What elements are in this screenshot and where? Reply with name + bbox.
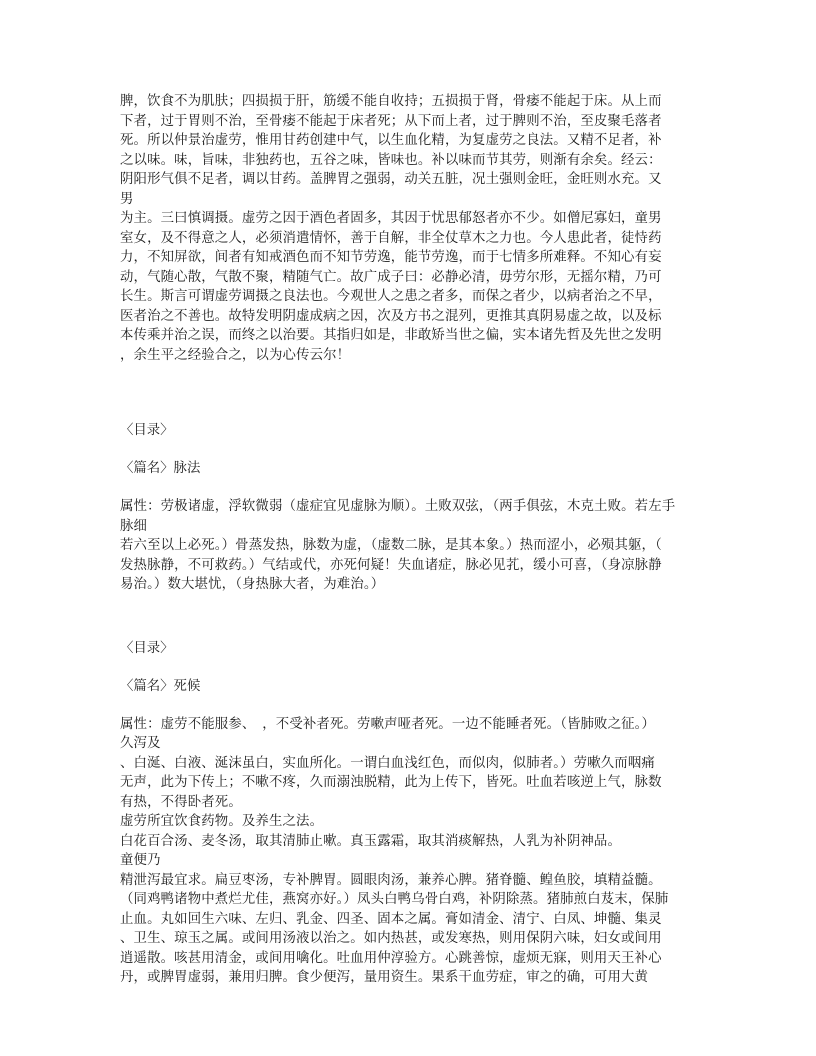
- text-line: 属性：虚劳不能服参、 ，不受补者死。劳嗽声哑者死。一边不能睡者死。（皆肺败之征。…: [120, 715, 700, 735]
- text-line: 发热脉静，不可救药。）气结或代，亦死何疑！失血诸症，脉必见芤，缓小可喜，（身凉脉…: [120, 556, 700, 576]
- text-line: 止血。丸如回生六味、左归、乳金、四圣、固本之属。膏如清金、清宁、白凤、坤髓、集灵: [120, 910, 700, 930]
- spacer: [120, 441, 700, 460]
- section-spacer: [120, 595, 700, 633]
- text-line: 脾，饮食不为肌肤；四损损于肝，筋缓不能自收持；五损损于肾，骨痿不能起于床。从上而: [120, 92, 700, 112]
- text-line: ，余生平之经验合之，以为心传云尔！: [120, 346, 700, 366]
- text-line: （同鸡鸭诸物中煮烂尤佳，燕窝亦好。）凤头白鸭乌骨白鸡，补阴除蒸。猪肺煎白芨末，保…: [120, 890, 700, 910]
- text-line: 久泻及: [120, 734, 700, 754]
- text-line: 室女，及不得意之人，必须消遣情怀，善于自解，非全仗草木之力也。今人患此者，徒恃药: [120, 229, 700, 249]
- text-line: 长生。斯言可谓虚劳调摄之良法也。今观世人之患之者多，而保之者少，以病者治之不早，: [120, 287, 700, 307]
- text-line: 精泄泻最宜求。扁豆枣汤，专补脾胃。圆眼肉汤，兼养心脾。猪脊髓、鳇鱼胶，填精益髓。: [120, 871, 700, 891]
- intro-paragraph: 脾，饮食不为肌肤；四损损于肝，筋缓不能自收持；五损损于肾，骨痿不能起于床。从上而…: [120, 92, 700, 365]
- spacer: [120, 479, 700, 498]
- section-title: 〈篇名〉死候: [120, 677, 700, 697]
- text-line: 本传乘并治之误，而终之以治要。其指归如是，非敢矫当世之偏，实本诸先哲及先世之发明: [120, 326, 700, 346]
- spacer: [120, 696, 700, 715]
- text-line: 为主。三曰慎调摄。虚劳之因于酒色者固多，其因于忧思郁怒者亦不少。如僧尼寡妇，童男: [120, 209, 700, 229]
- toc-label: 〈目录〉: [120, 421, 700, 441]
- section-death-signs: 〈目录〉 〈篇名〉死候 属性：虚劳不能服参、 ，不受补者死。劳嗽声哑者死。一边不…: [120, 639, 700, 988]
- section-pulse-method: 〈目录〉 〈篇名〉脉法 属性：劳极诸虚，浮软微弱（虚症宜见虚脉为顺）。土败双弦，…: [120, 421, 700, 595]
- text-line: 属性：劳极诸虚，浮软微弱（虚症宜见虚脉为顺）。土败双弦，（两手俱弦，木克土败。若…: [120, 497, 700, 517]
- text-line: 、白涎、白液、涎沫虽白，实血所化。一谓白血浅红色，而似肉，似肺者。）劳嗽久而咽痛: [120, 754, 700, 774]
- section-spacer: [120, 365, 700, 403]
- text-line: 若六至以上必死。）骨蒸发热，脉数为虚，（虚数二脉，是其本象。）热而涩小，必殒其躯…: [120, 536, 700, 556]
- text-line: 逍遥散。咳甚用清金，或间用噙化。吐血用仲淳验方。心跳善惊，虚烦无寐，则用天王补心: [120, 949, 700, 969]
- text-line: 医者治之不善也。故特发明阴虚成病之因，次及方书之混列，更推其真阴易虚之故，以及标: [120, 307, 700, 327]
- text-line: 易治。）数大堪忧，（身热脉大者，为难治。）: [120, 575, 700, 595]
- text-line: 脉细: [120, 517, 700, 537]
- text-line: 动，气随心散，气散不聚，精随气亡。故广成子曰：必静必清，毋劳尔形，无摇尔精，乃可: [120, 268, 700, 288]
- text-line: 虚劳所宜饮食药物。及养生之法。: [120, 812, 700, 832]
- text-line: 阴阳形气俱不足者，调以甘药。盖脾胃之强弱，动关五脏，况土强则金旺，金旺则水充。又: [120, 170, 700, 190]
- text-line: 、卫生、琼玉之属。或间用汤液以治之。如内热甚，或发寒热，则用保阴六味，妇女或间用: [120, 929, 700, 949]
- text-line: 无声，此为下传上；不嗽不疼，久而溺浊脱精，此为上传下，皆死。吐血若咳逆上气，脉数: [120, 773, 700, 793]
- text-line: 死。所以仲景治虚劳，惟用甘药创建中气，以生血化精，为复虚劳之良法。又精不足者，补: [120, 131, 700, 151]
- section-spacer: [120, 403, 700, 421]
- document-page: 脾，饮食不为肌肤；四损损于肝，筋缓不能自收持；五损损于肾，骨痿不能起于床。从上而…: [120, 92, 700, 988]
- spacer: [120, 658, 700, 677]
- text-line: 童便乃: [120, 851, 700, 871]
- text-line: 丹，或脾胃虚弱，兼用归脾。食少便泻，量用资生。果系干血劳症，审之的确，可用大黄: [120, 968, 700, 988]
- toc-label: 〈目录〉: [120, 639, 700, 659]
- text-line: 有热，不得卧者死。: [120, 793, 700, 813]
- text-line: 之以味。味，旨味，非独药也，五谷之味，皆味也。补以味而节其劳，则渐有余矣。经云：: [120, 151, 700, 171]
- text-line: 下者，过于胃则不治，至骨痿不能起于床者死；从下而上者，过于脾则不治，至皮聚毛落者: [120, 112, 700, 132]
- section-title: 〈篇名〉脉法: [120, 459, 700, 479]
- text-line: 白花百合汤、麦冬汤，取其清肺止嗽。真玉露霜，取其消痰解热，人乳为补阴神品。: [120, 832, 700, 852]
- text-line: 力，不知屏欲，间者有知戒酒色而不知节劳逸，能节劳逸，而于七情多所难释。不知心有妄: [120, 248, 700, 268]
- text-line: 男: [120, 190, 700, 210]
